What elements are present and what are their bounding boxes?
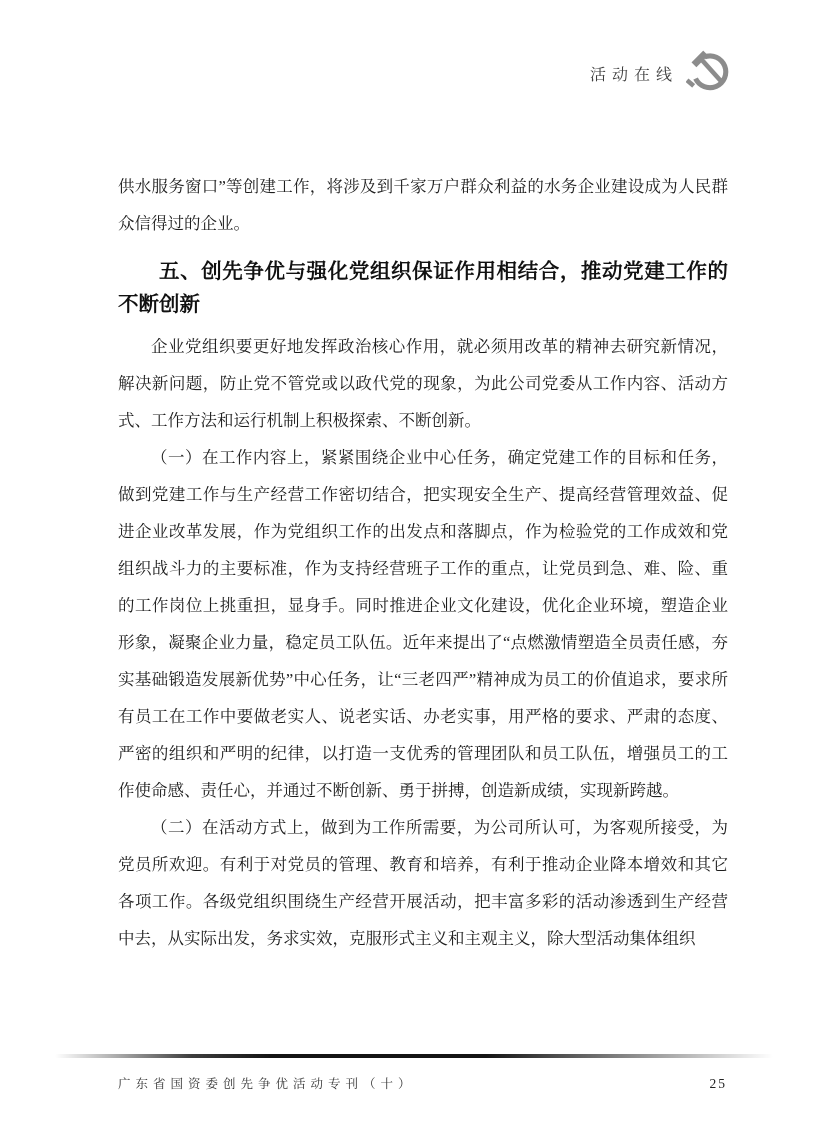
page-footer: 广东省国资委创先争优活动专刊（十） 25 xyxy=(118,1074,727,1092)
section-heading: 五、创先争优与强化党组织保证作用相结合，推动党建工作的不断创新 xyxy=(118,255,728,321)
footer-divider xyxy=(55,1054,773,1058)
paragraph: （二）在活动方式上，做到为工作所需要，为公司所认可，为客观所接受，为党员所欢迎。… xyxy=(118,809,728,957)
document-page: 活动在线 供水服务窗口”等创建工作，将涉及到千家万户群众利益的水务企业建设成为人… xyxy=(0,0,827,1130)
party-emblem-icon xyxy=(686,45,732,95)
journal-title: 广东省国资委创先争优活动专刊（十） xyxy=(118,1074,416,1092)
article-body: 供水服务窗口”等创建工作，将涉及到千家万户群众利益的水务企业建设成为人民群众信得… xyxy=(118,168,728,957)
paragraph-lead: 供水服务窗口”等创建工作，将涉及到千家万户群众利益的水务企业建设成为人民群众信得… xyxy=(118,168,728,242)
running-head: 活动在线 xyxy=(590,44,732,96)
masthead-label: 活动在线 xyxy=(590,62,678,85)
paragraph: 企业党组织要更好地发挥政治核心作用，就必须用改革的精神去研究新情况，解决新问题，… xyxy=(118,328,728,439)
page-number: 25 xyxy=(710,1076,728,1092)
paragraph: （一）在工作内容上，紧紧围绕企业中心任务，确定党建工作的目标和任务，做到党建工作… xyxy=(118,439,728,809)
